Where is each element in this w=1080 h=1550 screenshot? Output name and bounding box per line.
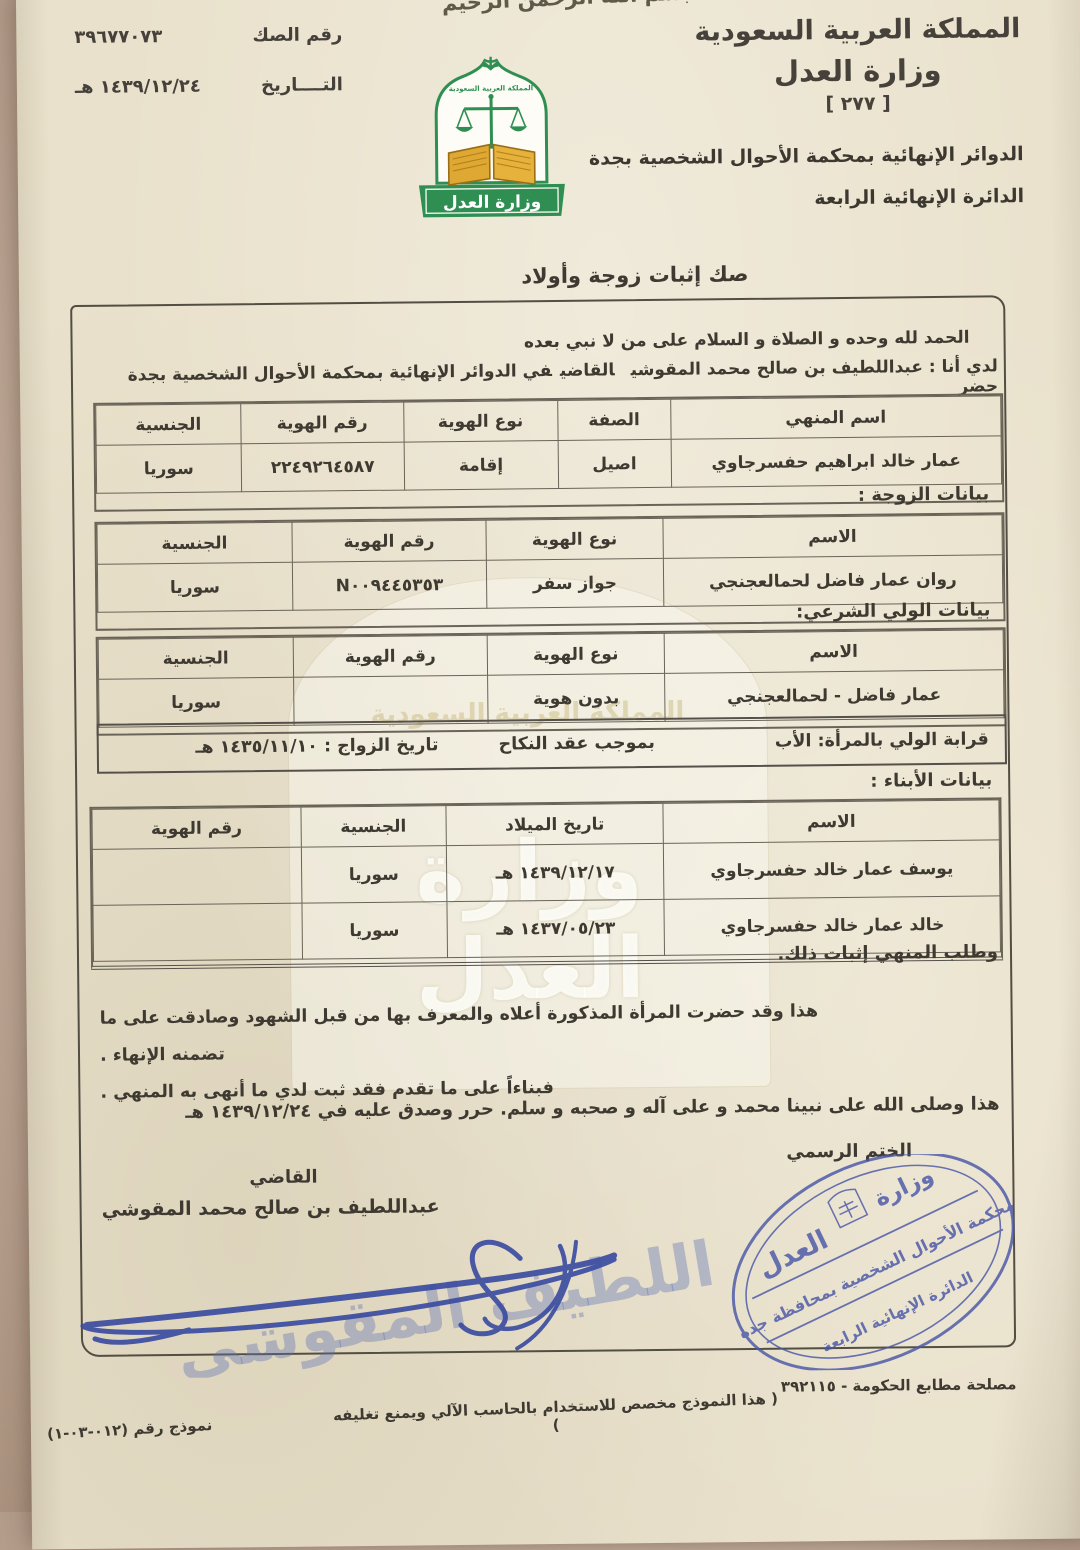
deed-paper: بسم الله الرحمن الرحيم المملكة العربية ا… xyxy=(16,0,1080,1512)
col-header: رقم الهوية xyxy=(292,520,487,562)
children-section-label: بيانات الأبناء : xyxy=(870,769,992,791)
cell: ١٤٣٧/٠٥/٢٣ هـ xyxy=(447,899,665,957)
col-header: تاريخ الميلاد xyxy=(446,803,664,845)
request-statement: وطلب المنهي إثبات ذلك. xyxy=(777,941,998,964)
cell: بدون هوية xyxy=(488,673,665,723)
cell: يوسف عمار خالد حفسرجاوي xyxy=(664,840,1000,900)
judge-name: عبداللطيف بن صالح محمد المقوشي xyxy=(102,1195,440,1221)
deed-number-value: ٣٩٦٧٧٠٧٣ xyxy=(74,26,162,48)
child-row: يوسف عمار خالد حفسرجاوي ١٤٣٩/١٢/١٧ هـ سو… xyxy=(92,840,1000,905)
deed-number-row: رقم الصك ٣٩٦٧٧٠٧٣ xyxy=(74,24,342,48)
svg-text:المملكة العربية السعودية: المملكة العربية السعودية xyxy=(449,84,534,93)
col-header: الجنسية xyxy=(98,637,293,679)
opening-praise: الحمد لله وحده و الصلاة و السلام على من … xyxy=(524,328,970,353)
stamp-justice-word: العدل xyxy=(753,1224,833,1284)
cell: سوريا xyxy=(302,902,448,960)
official-court-stamp: وزارة العدل محكمة الأحوال الشخصية بمحافظ… xyxy=(717,1153,1029,1371)
cell: ١٤٣٩/١٢/١٧ هـ xyxy=(446,843,664,901)
col-header: الجنسية xyxy=(97,522,292,564)
cell: جواز سفر xyxy=(487,558,664,608)
cell: عمار خالد ابراهيم حفسرجاوي xyxy=(671,436,1002,487)
cell: سوريا xyxy=(301,846,447,904)
col-header: نوع الهوية xyxy=(486,518,663,560)
logo-banner-text: وزارة العدل xyxy=(443,192,542,213)
cell: سوريا xyxy=(97,562,292,612)
judge-word: القاضي xyxy=(560,360,615,381)
col-header: رقم الهوية xyxy=(241,402,404,444)
attendance-paragraph: هذا وقد حضرت المرأة المذكورة أعلاه والمع… xyxy=(99,993,872,1111)
cell xyxy=(92,847,301,905)
justice-scales-book-icon: المملكة العربية السعودية وزارة العدل xyxy=(418,56,566,222)
col-header: الاسم xyxy=(663,515,1003,559)
marriage-contract-basis: بموجب عقد النكاح xyxy=(498,733,655,755)
department-line2: الدائرة الإنهائية الرابعة xyxy=(814,185,1024,209)
judge-intro-name: لدي أنا : عبداللطيف بن صالح محمد المقوشي xyxy=(631,356,998,380)
document-photo: { "meta": { "deed_no_label": "رقم الصك",… xyxy=(0,0,1080,1512)
cell: إقامة xyxy=(404,440,558,490)
ministry-title: وزارة العدل xyxy=(693,50,1023,93)
deed-number-label: رقم الصك xyxy=(252,24,342,46)
cell: سوريا xyxy=(96,444,241,494)
deed-date-row: التــــاريخ ١٤٣٩/١٢/٢٤ هـ xyxy=(75,74,343,98)
marriage-relation-bar: قرابة الولي بالمرأة: الأب بموجب عقد النك… xyxy=(97,714,1007,774)
basmala-calligraphy: بسم الله الرحمن الرحيم xyxy=(436,0,697,16)
col-header: اسم المنهي xyxy=(670,396,1001,439)
cell xyxy=(93,903,302,961)
col-header: الصفة xyxy=(557,399,671,440)
cell: ٢٢٤٩٢٦٤٥٨٧ xyxy=(241,442,404,492)
guardian-relation: قرابة الولي بالمرأة: الأب xyxy=(775,729,989,751)
guardian-section-label: بيانات الولي الشرعي: xyxy=(796,599,991,622)
col-header: الجنسية xyxy=(301,806,447,848)
deed-date-value: ١٤٣٩/١٢/٢٤ هـ xyxy=(75,76,201,98)
form-number: نموذج رقم (٠١٢-٠٣-١) xyxy=(47,1416,213,1443)
col-header: رقم الهوية xyxy=(92,807,301,849)
document-code: [ ٢٧٧ ] xyxy=(693,89,1023,119)
cell: اصيل xyxy=(558,439,672,488)
cell: سوريا xyxy=(99,677,294,727)
marriage-date: تاريخ الزواج : ١٤٣٥/١١/١٠ هـ xyxy=(195,735,438,758)
cell xyxy=(293,675,488,725)
kingdom-title: المملكة العربية السعودية xyxy=(692,9,1022,53)
col-header: نوع الهوية xyxy=(487,633,664,675)
computer-use-note: ( هذا النموذج مخصص للاستخدام بالحاسب الآ… xyxy=(330,1389,781,1442)
government-press-note: مصلحة مطابع الحكومة - ٣٩٢١١٥ xyxy=(781,1375,1017,1395)
deed-title: صك إثبات زوجة وأولاد xyxy=(513,262,757,289)
col-header: الاسم xyxy=(663,800,999,844)
court-clause: في الدوائر الإنهائية بمحكمة الأحوال الشخ… xyxy=(128,361,552,385)
col-header: الجنسية xyxy=(96,404,241,446)
ministry-of-justice-logo: المملكة العربية السعودية وزارة العدل xyxy=(418,56,566,222)
judge-label: القاضي xyxy=(249,1167,317,1189)
stamp-emblem-icon xyxy=(826,1186,867,1228)
attendance-line1: هذا وقد حضرت المرأة المذكورة أعلاه والمع… xyxy=(99,993,872,1075)
col-header: رقم الهوية xyxy=(293,635,488,677)
header-right-column: المملكة العربية السعودية وزارة العدل [ ٢… xyxy=(692,9,1023,119)
wife-section-label: بيانات الزوجة : xyxy=(858,483,990,505)
cell: عمار فاضل - لحمالعجنجي xyxy=(664,670,1004,722)
cell: روان عمار فاضل لحمالعجنجي xyxy=(663,555,1003,607)
deed-body-box: المملكة العربية السعودية وزارة العدل الح… xyxy=(70,295,1016,1357)
department-line1: الدوائر الإنهائية بمحكمة الأحوال الشخصية… xyxy=(589,143,1024,170)
judge-signature: عبداللطيف المقوشي xyxy=(68,1222,720,1379)
col-header: نوع الهوية xyxy=(403,400,557,442)
col-header: الاسم xyxy=(664,630,1004,674)
deed-date-label: التــــاريخ xyxy=(261,74,343,96)
cell: N٠٠٩٤٤٥٣٥٣ xyxy=(292,560,487,610)
